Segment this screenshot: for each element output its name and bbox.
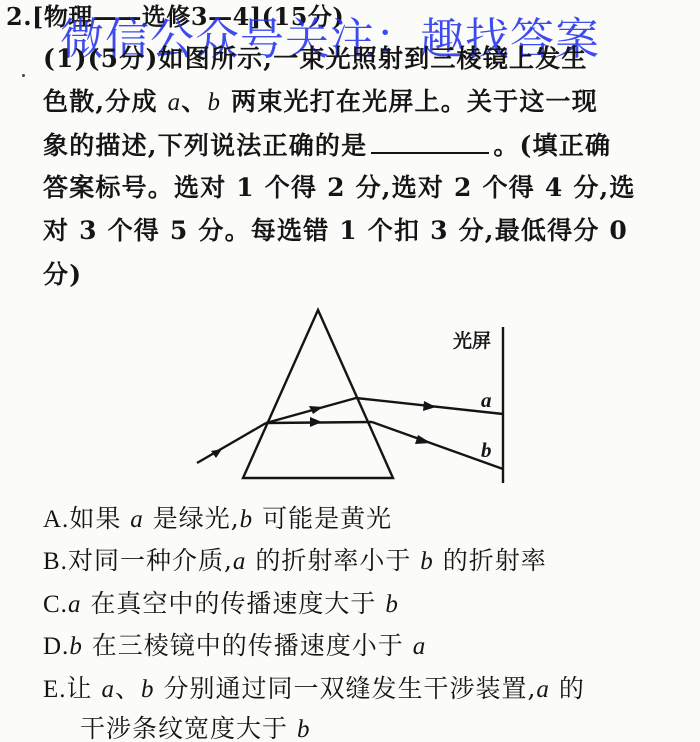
text: 的折射率 bbox=[434, 546, 547, 575]
var: b bbox=[141, 676, 155, 703]
text: 的折射率小于 bbox=[246, 546, 420, 575]
option-c[interactable]: C.a 在真空中的传播速度大于 b bbox=[43, 589, 399, 620]
text: 是绿光, bbox=[144, 504, 240, 533]
prism-shape bbox=[243, 310, 393, 478]
option-b[interactable]: B.对同一种介质,a 的折射率小于 b 的折射率 bbox=[43, 546, 547, 577]
text: 可能是黄光 bbox=[253, 504, 392, 533]
option-key: A. bbox=[43, 506, 69, 533]
option-e[interactable]: E.让 a、b 分别通过同一双缝发生干涉装置,a 的 bbox=[43, 674, 585, 705]
text: 对同一种介质, bbox=[68, 546, 233, 575]
text: 在三棱镜中的传播速度小于 bbox=[83, 631, 413, 660]
option-e-continued: 干涉条纹宽度大于 b bbox=[80, 714, 310, 742]
arrow-icon bbox=[310, 417, 322, 427]
option-key: C. bbox=[43, 591, 68, 618]
var: a bbox=[68, 591, 82, 618]
var: b bbox=[69, 633, 83, 660]
text: 让 bbox=[67, 674, 102, 703]
incident-ray bbox=[197, 423, 266, 463]
var: a bbox=[536, 676, 550, 703]
text: 干涉条纹宽度大于 bbox=[80, 714, 297, 742]
option-key: B. bbox=[43, 548, 68, 575]
text: 分别通过同一双缝发生干涉装置, bbox=[155, 674, 537, 703]
arrow-icon bbox=[415, 435, 431, 444]
ray-b-label: b bbox=[481, 438, 492, 463]
option-a[interactable]: A.如果 a 是绿光,b 可能是黄光 bbox=[43, 504, 392, 535]
option-key: D. bbox=[43, 633, 69, 660]
var: a bbox=[101, 676, 115, 703]
text: 的 bbox=[550, 674, 585, 703]
var: a bbox=[233, 548, 247, 575]
var: b bbox=[420, 548, 434, 575]
var: b bbox=[240, 506, 254, 533]
option-key: E. bbox=[43, 676, 67, 703]
var: a bbox=[413, 633, 427, 660]
text: 在真空中的传播速度大于 bbox=[81, 589, 385, 618]
option-d[interactable]: D.b 在三棱镜中的传播速度小于 a bbox=[43, 631, 426, 662]
text: 如果 bbox=[69, 504, 130, 533]
var: a bbox=[130, 506, 144, 533]
text: 、 bbox=[115, 674, 141, 703]
ray-a-label: a bbox=[481, 388, 492, 413]
screen-label: 光屏 bbox=[453, 326, 491, 353]
arrow-icon bbox=[309, 406, 323, 414]
var: b bbox=[297, 716, 311, 742]
var: b bbox=[385, 591, 399, 618]
